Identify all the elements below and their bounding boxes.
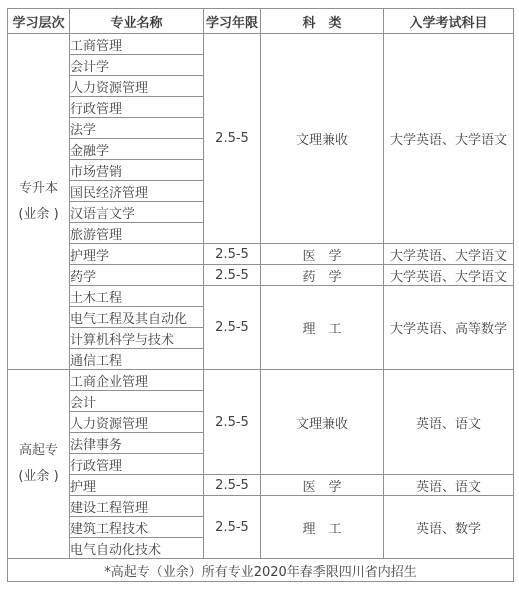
duration-cell: 2.5-5 <box>204 265 261 286</box>
level-name: 高起专 <box>8 438 69 464</box>
category-cell: 医 学 <box>261 244 384 265</box>
duration-cell: 2.5-5 <box>204 286 261 370</box>
major-row: 高起专(业余 )工商企业管理2.5-5文理兼收英语、语文 <box>8 370 514 391</box>
header-cell-2: 学习年限 <box>204 9 261 34</box>
footer-note: *高起专（业余）所有专业2020年春季限四川省内招生 <box>8 559 514 582</box>
major-cell: 护理学 <box>70 244 204 265</box>
category-cell: 药 学 <box>261 265 384 286</box>
exam-cell: 大学英语、大学语文 <box>384 265 514 286</box>
exam-cell: 英语、语文 <box>384 370 514 475</box>
header-cell-0: 学习层次 <box>8 9 70 34</box>
header-cell-1: 专业名称 <box>70 9 204 34</box>
major-cell: 人力资源管理 <box>70 412 204 433</box>
major-cell: 计算机科学与技术 <box>70 328 204 349</box>
major-row: 土木工程2.5-5理 工大学英语、高等数学 <box>8 286 514 307</box>
category-cell: 理 工 <box>261 286 384 370</box>
major-cell: 金融学 <box>70 139 204 160</box>
major-cell: 法律事务 <box>70 433 204 454</box>
page: 学习层次专业名称学习年限科 类入学考试科目 专升本(业余 )工商管理2.5-5文… <box>0 0 519 599</box>
admissions-table: 学习层次专业名称学习年限科 类入学考试科目 专升本(业余 )工商管理2.5-5文… <box>7 8 514 582</box>
header-cell-3: 科 类 <box>261 9 384 34</box>
major-cell: 土木工程 <box>70 286 204 307</box>
major-cell: 行政管理 <box>70 454 204 475</box>
major-cell: 法学 <box>70 118 204 139</box>
level-cell-1: 高起专(业余 ) <box>8 370 70 559</box>
table-foot: *高起专（业余）所有专业2020年春季限四川省内招生 <box>8 559 514 582</box>
major-cell: 电气自动化技术 <box>70 538 204 559</box>
duration-cell: 2.5-5 <box>204 244 261 265</box>
major-cell: 药学 <box>70 265 204 286</box>
major-cell: 工商管理 <box>70 34 204 55</box>
exam-cell: 英语、数学 <box>384 496 514 559</box>
exam-cell: 大学英语、大学语文 <box>384 34 514 244</box>
footer-row: *高起专（业余）所有专业2020年春季限四川省内招生 <box>8 559 514 582</box>
major-cell: 建筑工程技术 <box>70 517 204 538</box>
category-cell: 文理兼收 <box>261 34 384 244</box>
exam-cell: 大学英语、大学语文 <box>384 244 514 265</box>
duration-cell: 2.5-5 <box>204 475 261 496</box>
major-cell: 旅游管理 <box>70 223 204 244</box>
major-cell: 会计学 <box>70 55 204 76</box>
major-row: 建设工程管理2.5-5理 工英语、数学 <box>8 496 514 517</box>
category-cell: 医 学 <box>261 475 384 496</box>
duration-cell: 2.5-5 <box>204 496 261 559</box>
major-cell: 电气工程及其自动化 <box>70 307 204 328</box>
major-row: 药学2.5-5药 学大学英语、大学语文 <box>8 265 514 286</box>
duration-cell: 2.5-5 <box>204 370 261 475</box>
level-note: (业余 ) <box>8 202 69 228</box>
major-row: 护理2.5-5医 学英语、语文 <box>8 475 514 496</box>
level-cell-0: 专升本(业余 ) <box>8 34 70 370</box>
category-cell: 理 工 <box>261 496 384 559</box>
major-cell: 市场营销 <box>70 160 204 181</box>
table-head: 学习层次专业名称学习年限科 类入学考试科目 <box>8 9 514 34</box>
header-cell-4: 入学考试科目 <box>384 9 514 34</box>
major-row: 护理学2.5-5医 学大学英语、大学语文 <box>8 244 514 265</box>
major-cell: 通信工程 <box>70 349 204 370</box>
major-cell: 人力资源管理 <box>70 76 204 97</box>
table-body: 专升本(业余 )工商管理2.5-5文理兼收大学英语、大学语文会计学人力资源管理行… <box>8 34 514 559</box>
category-cell: 文理兼收 <box>261 370 384 475</box>
header-row: 学习层次专业名称学习年限科 类入学考试科目 <box>8 9 514 34</box>
major-cell: 会计 <box>70 391 204 412</box>
major-cell: 行政管理 <box>70 97 204 118</box>
exam-cell: 大学英语、高等数学 <box>384 286 514 370</box>
exam-cell: 英语、语文 <box>384 475 514 496</box>
major-cell: 工商企业管理 <box>70 370 204 391</box>
major-cell: 国民经济管理 <box>70 181 204 202</box>
major-row: 专升本(业余 )工商管理2.5-5文理兼收大学英语、大学语文 <box>8 34 514 55</box>
major-cell: 汉语言文学 <box>70 202 204 223</box>
level-note: (业余 ) <box>8 464 69 490</box>
level-name: 专升本 <box>8 176 69 202</box>
major-cell: 护理 <box>70 475 204 496</box>
major-cell: 建设工程管理 <box>70 496 204 517</box>
duration-cell: 2.5-5 <box>204 34 261 244</box>
